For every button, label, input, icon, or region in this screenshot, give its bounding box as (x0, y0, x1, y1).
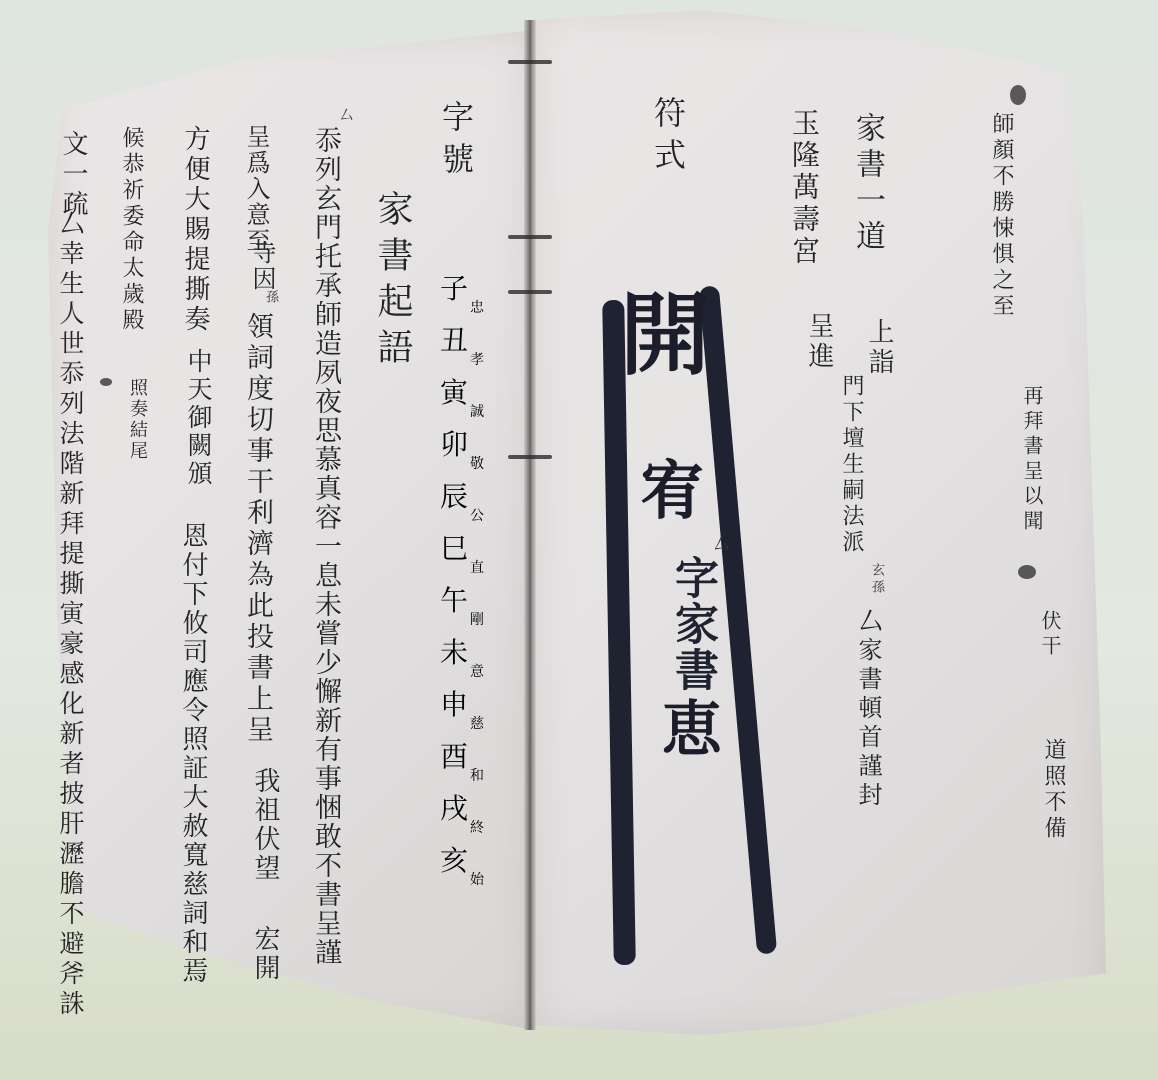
talisman-top-glyph: 開 (620, 290, 710, 380)
text-column: 候恭祈委命太歲殿 (120, 126, 142, 334)
text-column: 呈進 (806, 312, 832, 372)
text-column: 伏干 (1040, 610, 1060, 660)
talisman-mark: 厶 (712, 535, 728, 555)
text-column: 文一疏 (60, 130, 86, 220)
text-column: 上詣 (866, 318, 892, 378)
zodiac-item: 午剛 (440, 567, 484, 619)
zodiac-item: 寅誠 (440, 359, 484, 411)
text-column: 恩付下攸司應令照証大赦寬慈詞和焉 (180, 522, 206, 986)
binding-thread (508, 290, 552, 294)
text-column: 呈爲入意至 (244, 124, 268, 254)
ink-stain (100, 378, 112, 386)
talisman-seal: 開 宥 厶 字家書 恵 (600, 280, 800, 980)
section-title: 字號 (440, 100, 472, 184)
zodiac-item: 巳直 (440, 515, 484, 567)
small-note: 孫 (264, 290, 277, 307)
zodiac-item: 戌終 (440, 775, 484, 827)
text-column: 厶家書頓首謹封 (856, 608, 880, 811)
ink-stain (1018, 565, 1036, 579)
zodiac-item: 申慈 (440, 671, 484, 723)
text-column: 方便大賜提撕奏 (182, 125, 208, 335)
zodiac-item: 辰公 (440, 463, 484, 515)
zodiac-item: 丑孝 (440, 307, 484, 359)
text-column: 再拜書呈以聞 (1022, 385, 1042, 535)
text-column: 厶幸生人世忝列法階新拜提撕寅豪感化新者披肝瀝膽不避斧誅 (58, 210, 83, 1020)
book-spine (524, 20, 536, 1030)
text-column: 忝列玄門托承師造夙夜思慕真容一息未嘗少懈新有事悃敢不書呈謹 (312, 126, 339, 967)
text-column: 中天御闕頒 (186, 348, 211, 488)
small-mark: 厶 (338, 108, 351, 125)
zodiac-item: 卯敬 (440, 411, 484, 463)
text-column: 道照不備 (1042, 738, 1064, 842)
talisman-frame-left (602, 300, 636, 965)
zodiac-item: 亥始 (440, 827, 484, 879)
text-column: 家書一道 (852, 112, 882, 256)
talisman-mid-glyph: 宥 (640, 460, 704, 524)
text-column: 我祖伏望 (252, 767, 278, 883)
zodiac-item: 子忠 (440, 255, 484, 307)
ink-stain (1010, 85, 1026, 105)
text-column: 領詞度切事干利濟為此投書上呈 (244, 312, 271, 746)
text-column: 寺因 (250, 240, 274, 292)
section-title: 家書起語 (374, 190, 410, 374)
talisman-bottom-glyph: 恵 (662, 700, 722, 760)
zodiac-virtue-list: 子忠 丑孝 寅誠 卯敬 辰公 巳直 午剛 未意 申慈 酉和 戌終 亥始 (440, 255, 484, 879)
text-column: 師顏不勝悚惧之至 (990, 112, 1012, 320)
binding-thread (508, 455, 552, 459)
text-column: 照奏結尾 (128, 378, 146, 462)
binding-thread (508, 235, 552, 239)
zodiac-item: 未意 (440, 619, 484, 671)
small-note: 玄孫 (870, 563, 883, 597)
text-column: 宏開 (252, 925, 278, 983)
binding-thread (508, 60, 552, 64)
zodiac-item: 酉和 (440, 723, 484, 775)
text-column: 玉隆萬壽宮 (790, 108, 818, 268)
text-column: 門下壇生嗣法派 (840, 374, 862, 556)
talisman-bottom-text: 字家書 (670, 555, 714, 693)
section-heading: 符式 (652, 96, 684, 180)
